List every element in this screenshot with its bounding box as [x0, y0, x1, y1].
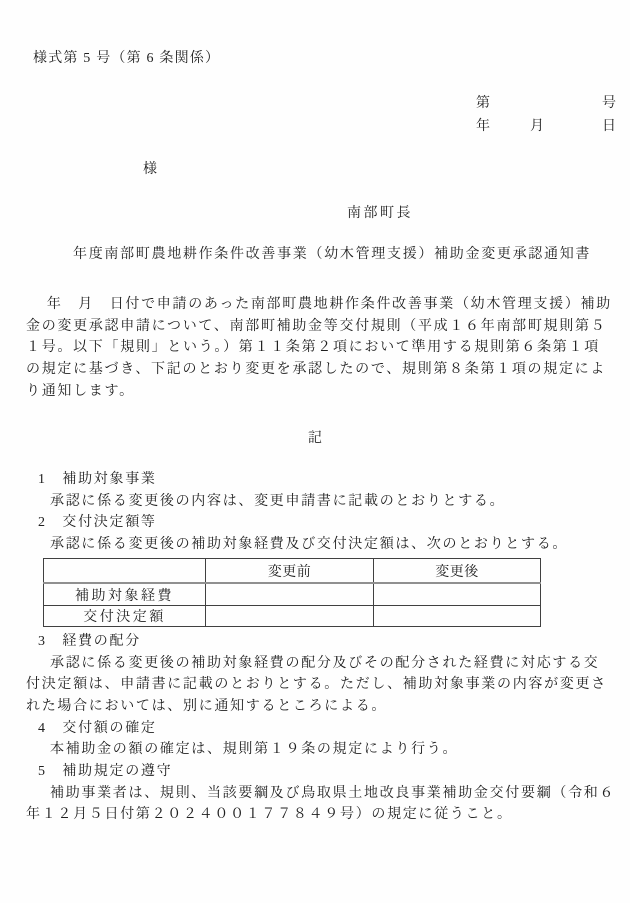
- section-5-body-line-1: 補助事業者は、規則、当該要綱及び鳥取県土地改良事業補助金交付要綱（令和６: [50, 783, 615, 805]
- row-label-grant-decision: 交付決定額: [44, 606, 206, 627]
- sender-title: 南部町長: [347, 203, 413, 225]
- document-number-prefix: 第: [476, 93, 490, 115]
- cell-expenses-after: [374, 583, 541, 606]
- section-3-body-line-2: 付決定額は、申請書に記載のとおりとする。ただし、補助対象事業の内容が変更さ: [26, 674, 607, 696]
- section-2-body: 承認に係る変更後の補助対象経費及び交付決定額は、次のとおりとする。: [50, 534, 568, 556]
- document-page: { "colors": { "text": "#1e1e1e", "table_…: [0, 0, 630, 903]
- section-4-heading: 4 交付額の確定: [38, 718, 157, 740]
- cell-expenses-before: [206, 583, 374, 606]
- form-number-label: 様式第 5 号（第 6 条関係）: [33, 48, 220, 70]
- table-header-row: 変更前 変更後: [44, 559, 541, 584]
- row-label-subsidy-expenses: 補助対象経費: [44, 583, 206, 606]
- section-3-body-line-1: 承認に係る変更後の補助対象経費の配分及びその配分された経費に対応する交: [50, 653, 600, 675]
- section-1-heading: 1 補助対象事業: [38, 469, 157, 491]
- document-title: 年度南部町農地耕作条件改善事業（幼木管理支援）補助金変更承認通知書: [73, 244, 591, 266]
- intro-paragraph: 年 月 日付で申請のあった南部町農地耕作条件改善事業（幼木管理支援）補助 金の変…: [26, 294, 612, 403]
- date-day-label: 日: [602, 116, 616, 138]
- section-2-heading: 2 交付決定額等: [38, 512, 157, 534]
- change-amount-table: 変更前 変更後 補助対象経費 交付決定額: [43, 558, 541, 627]
- section-1-body: 承認に係る変更後の内容は、変更申請書に記載のとおりとする。: [50, 491, 505, 513]
- cell-grant-before: [206, 606, 374, 627]
- section-5-heading: 5 補助規定の遵守: [38, 761, 172, 783]
- section-3-heading: 3 経費の配分: [38, 631, 141, 653]
- table-header-empty: [44, 559, 206, 584]
- table-row-grant-decision: 交付決定額: [44, 606, 541, 627]
- section-3-body-line-3: れた場合においては、別に通知するところによる。: [26, 696, 387, 718]
- cell-grant-after: [374, 606, 541, 627]
- section-4-body: 本補助金の額の確定は、規則第１９条の規定により行う。: [50, 739, 458, 761]
- table-header-after: 変更後: [374, 559, 541, 584]
- document-number-suffix: 号: [602, 93, 616, 115]
- table-row-subsidy-expenses: 補助対象経費: [44, 583, 541, 606]
- date-year-label: 年: [476, 116, 490, 138]
- table-header-before: 変更前: [206, 559, 374, 584]
- addressee-honorific: 様: [143, 159, 157, 181]
- date-month-label: 月: [530, 116, 544, 138]
- record-marker: 記: [0, 428, 630, 450]
- section-5-body-line-2: 年１２月５日付第２０２４００１７７８４９号）の規定に従うこと。: [26, 804, 513, 826]
